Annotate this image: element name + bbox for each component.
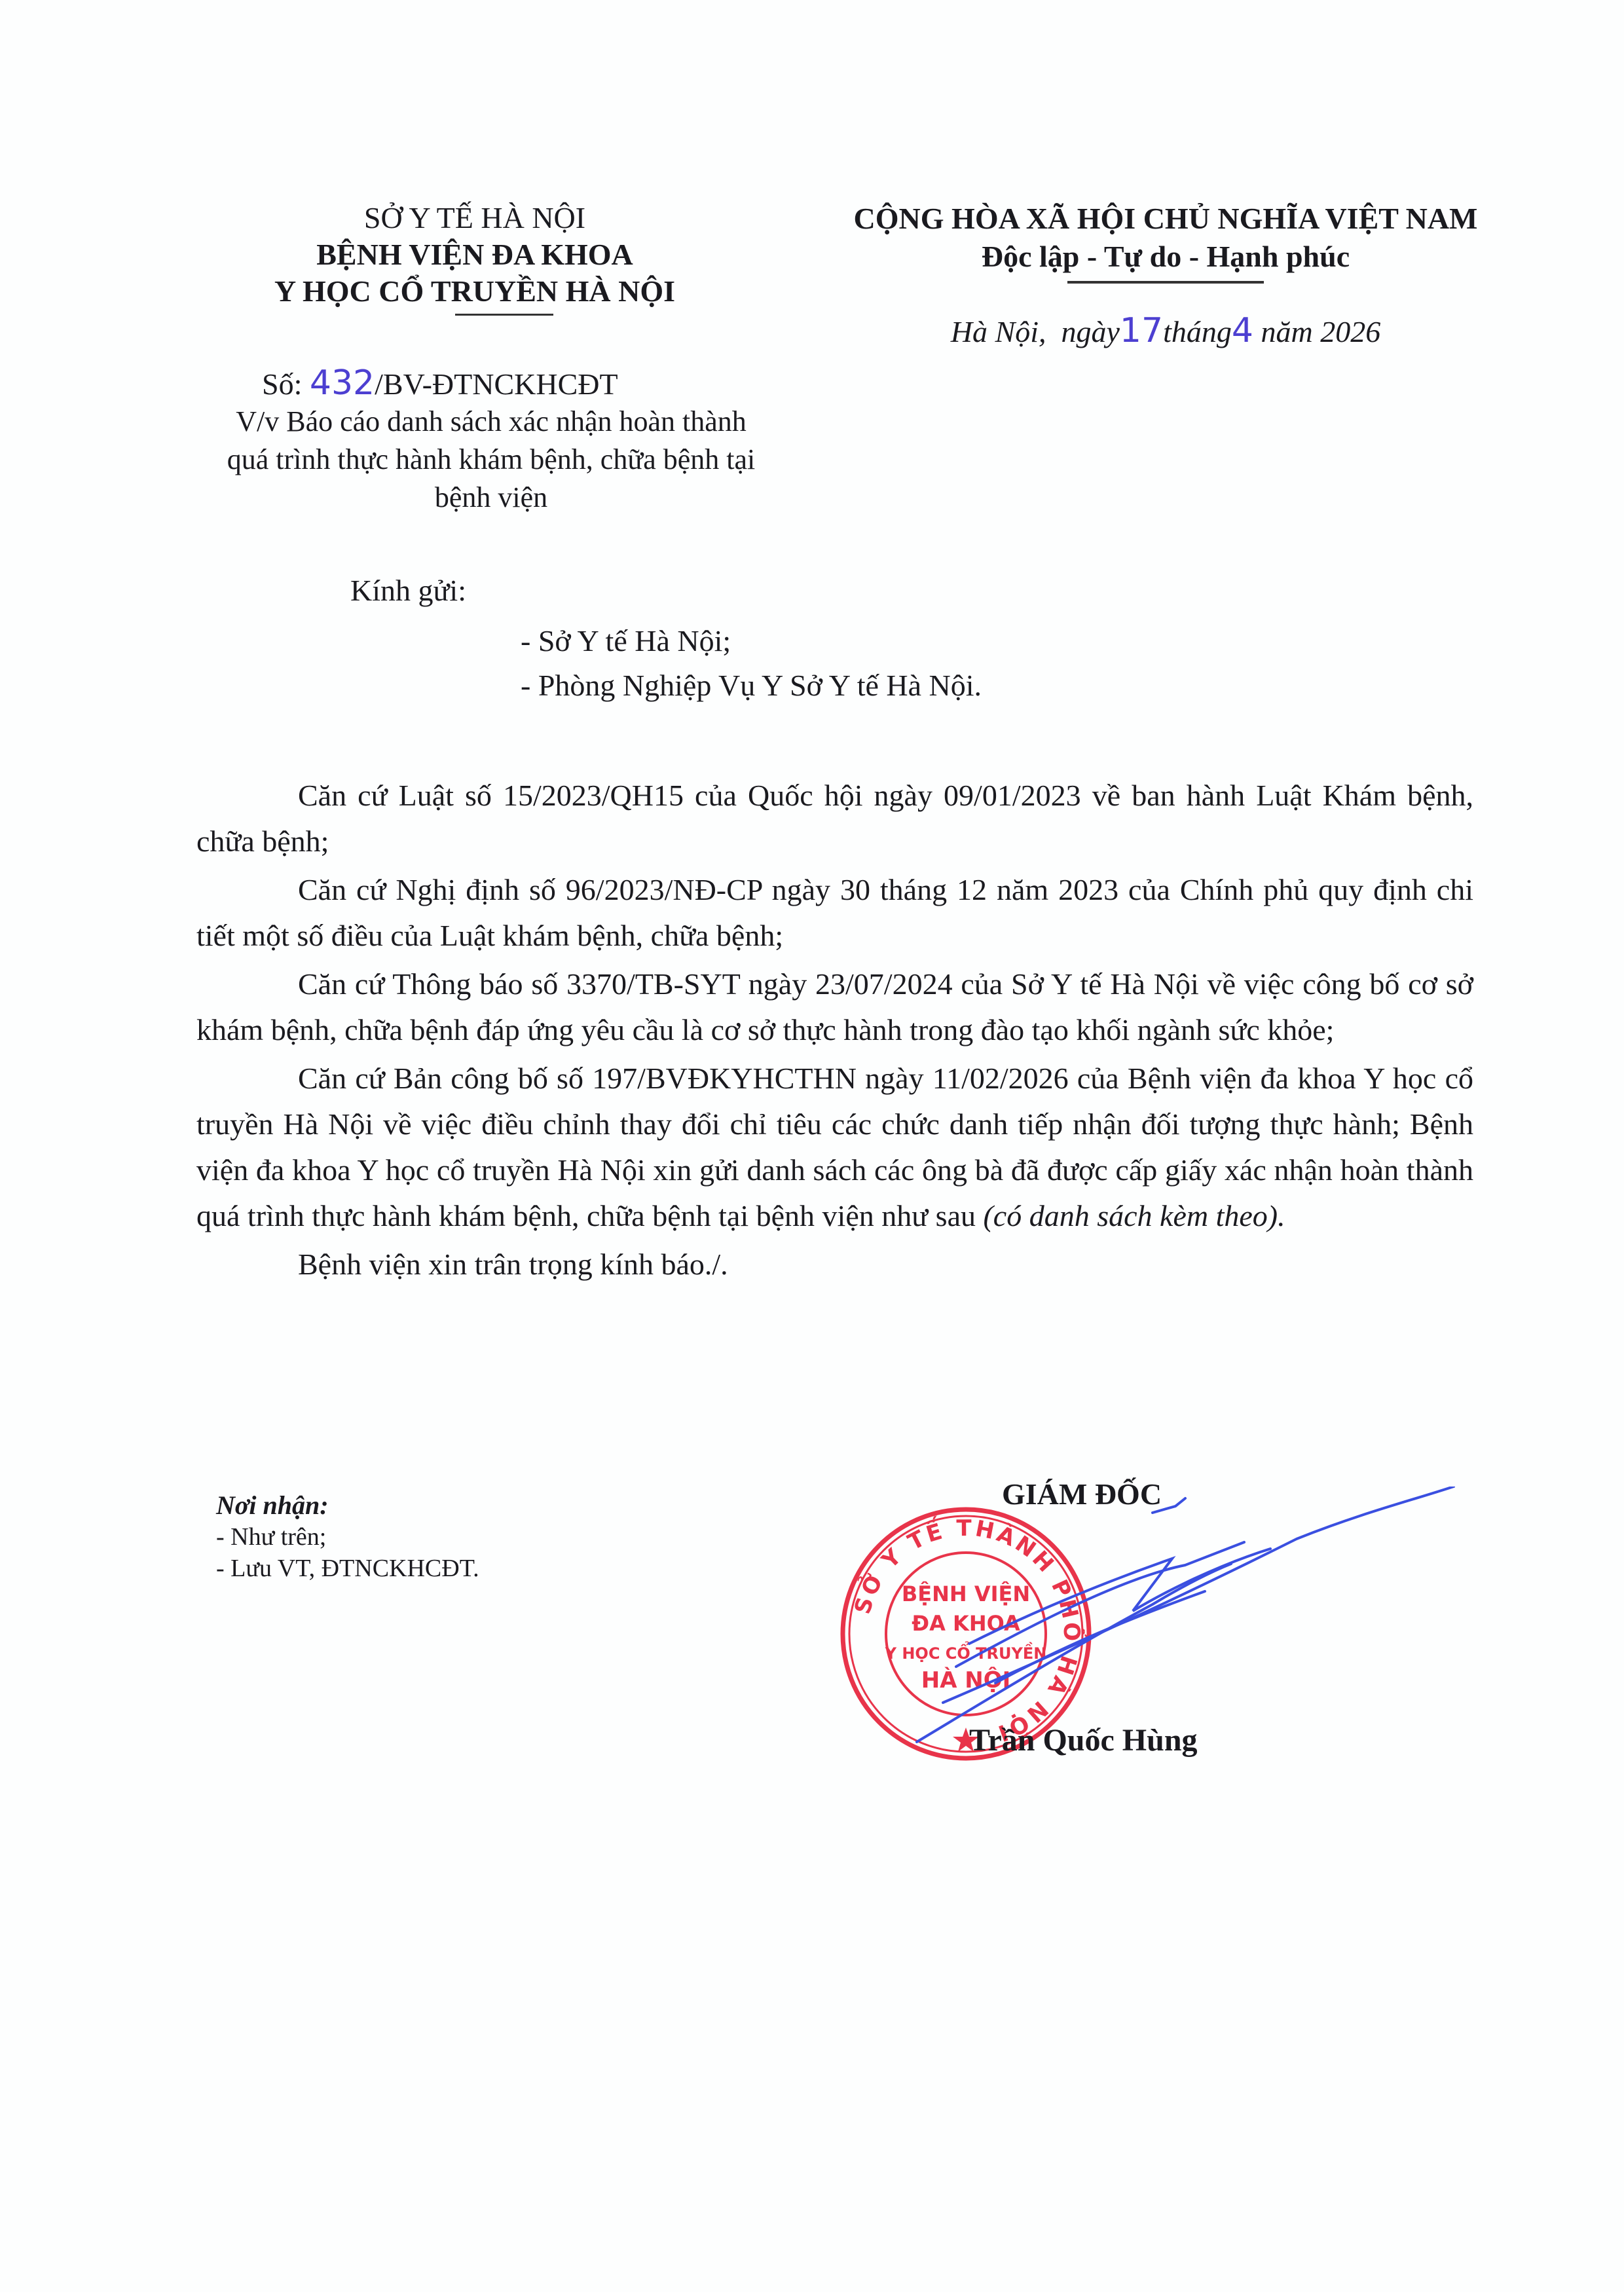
date-day-label: ngày <box>1061 315 1119 348</box>
date-month-handwritten: 4 <box>1232 311 1253 350</box>
document-body: Căn cứ Luật số 15/2023/QH15 của Quốc hội… <box>196 773 1473 1287</box>
body-paragraph: Căn cứ Nghị định số 96/2023/NĐ-CP ngày 3… <box>196 867 1473 959</box>
national-header-block: CỘNG HÒA XÃ HỘI CHỦ NGHĨA VIỆT NAM Độc l… <box>805 200 1526 284</box>
body-paragraph: Căn cứ Thông báo số 3370/TB-SYT ngày 23/… <box>196 961 1473 1053</box>
organization-name-line1: BỆNH VIỆN ĐA KHOA <box>196 236 753 273</box>
header-right-divider <box>1067 281 1264 284</box>
greeting: Kính gửi: <box>350 573 466 608</box>
recipient-item: - Phòng Nghiệp Vụ Y Sở Y tế Hà Nội. <box>521 663 982 708</box>
body-paragraph: Căn cứ Bản công bố số 197/BVĐKYHCTHN ngà… <box>196 1056 1473 1239</box>
recipient-list: - Sở Y tế Hà Nội; - Phòng Nghiệp Vụ Y Sở… <box>521 619 982 708</box>
body-paragraph: Căn cứ Luật số 15/2023/QH15 của Quốc hội… <box>196 773 1473 864</box>
date-year-label: năm <box>1261 315 1312 348</box>
signer-name: Trần Quốc Hùng <box>969 1722 1198 1758</box>
date-place: Hà Nội, <box>951 315 1046 348</box>
parent-organization: SỞ Y TẾ HÀ NỘI <box>196 200 753 236</box>
national-motto: Độc lập - Tự do - Hạnh phúc <box>805 238 1526 276</box>
attachment-note: (có danh sách kèm theo). <box>983 1199 1285 1232</box>
closing-sentence: Bệnh viện xin trân trọng kính báo./. <box>196 1242 1473 1287</box>
national-title: CỘNG HÒA XÃ HỘI CHỦ NGHĨA VIỆT NAM <box>805 200 1526 238</box>
subject-line: quá trình thực hành khám bệnh, chữa bệnh… <box>196 441 786 479</box>
issuing-authority-block: SỞ Y TẾ HÀ NỘI BỆNH VIỆN ĐA KHOA Y HỌC C… <box>196 200 753 316</box>
subject-line: V/v Báo cáo danh sách xác nhận hoàn thàn… <box>196 403 786 441</box>
document-date: Hà Nội, ngày17tháng4 năm 2026 <box>805 311 1526 350</box>
date-month-label: tháng <box>1163 315 1232 348</box>
date-day-handwritten: 17 <box>1120 311 1163 350</box>
organization-name-line2: Y HỌC CỔ TRUYỀN HÀ NỘI <box>196 273 753 310</box>
recipient-item: - Sở Y tế Hà Nội; <box>521 619 982 663</box>
doc-number-suffix: /BV-ĐTNCKHCĐT <box>375 367 618 401</box>
document-number: Số: 432/BV-ĐTNCKHCĐT <box>196 363 786 403</box>
receiver-item: - Lưu VT, ĐTNCKHCĐT. <box>216 1553 479 1584</box>
handwritten-signature <box>904 1487 1480 1762</box>
subject-line: bệnh viện <box>196 479 786 517</box>
header-left-divider <box>455 314 553 316</box>
doc-number-label: Số: <box>262 367 302 401</box>
receivers-block: Nơi nhận: - Như trên; - Lưu VT, ĐTNCKHCĐ… <box>216 1490 479 1584</box>
receivers-title: Nơi nhận: <box>216 1490 479 1521</box>
receiver-item: - Như trên; <box>216 1521 479 1553</box>
doc-number-handwritten: 432 <box>310 363 375 403</box>
document-subject: V/v Báo cáo danh sách xác nhận hoàn thàn… <box>196 403 786 517</box>
date-year: 2026 <box>1320 315 1380 348</box>
